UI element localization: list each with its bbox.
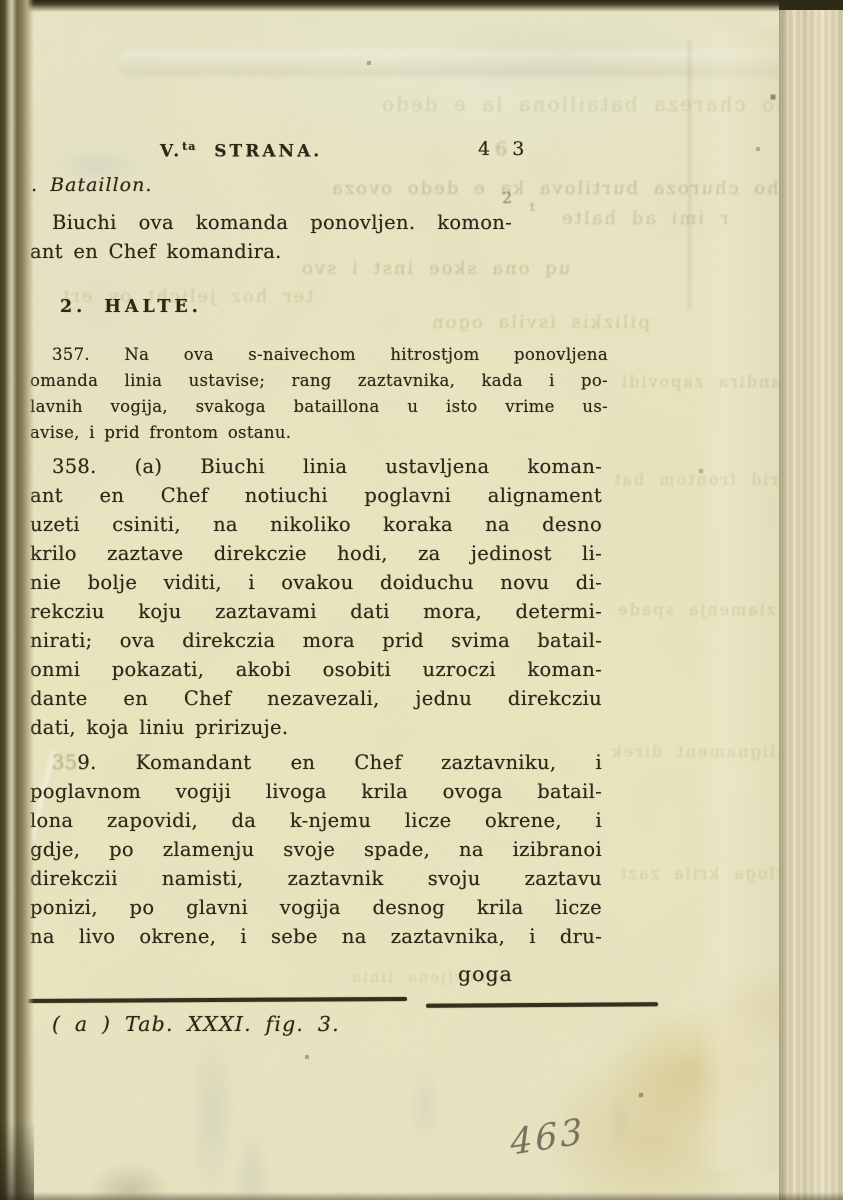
text-line: ponizi, po glavni vogija desnog krila li…: [30, 893, 602, 922]
emboss-line: [688, 40, 691, 310]
text-line: rekcziu koju zaztavami dati mora, determ…: [30, 597, 602, 626]
text-line: omanda linia ustavise; rang zaztavnika, …: [30, 368, 608, 394]
page-fore-edge: [779, 0, 843, 1200]
printed-page-number: 463: [478, 138, 529, 160]
faded-number: 35: [52, 751, 77, 774]
running-header-superscript: ta: [182, 140, 196, 153]
scan-top-edge: [0, 0, 843, 12]
text-line: Biuchi ova komanda ponovljen. komon-: [30, 208, 512, 237]
bleedthrough-text: vecho churoza burtilova ka e dedo ovoza: [330, 178, 816, 199]
ink-remnant: 2: [502, 188, 512, 207]
text-line: lavnih vogija, svakoga bataillona u isto…: [30, 394, 608, 420]
intro-paragraph: Biuchi ova komanda ponovljen. komon- ant…: [30, 208, 512, 266]
ink-remnant: t: [530, 200, 535, 214]
text-line: poglavnom vogiji livoga krila ovoga bata…: [30, 777, 602, 806]
text-line: nie bolje viditi, i ovakou doiduchu novu…: [30, 568, 602, 597]
paragraph-359: 359. Komandant en Chef zaztavniku, i pog…: [30, 748, 602, 951]
text-line: lona zapovidi, da k-njemu licze okrene, …: [30, 806, 602, 835]
book-gutter-edge: [0, 0, 34, 1200]
text-line: 359. Komandant en Chef zaztavniku, i: [30, 748, 602, 777]
paragraph-number: 9.: [77, 751, 96, 774]
book-page-scan: vecho chareza bataillona la e dedo vecho…: [0, 0, 843, 1200]
text-line: dati, koja liniu pririzuje.: [30, 713, 602, 742]
paragraph-358: 358. (a) Biuchi linia ustavljena koman- …: [30, 452, 602, 742]
bleedthrough-text: alignament direk: [610, 742, 787, 761]
running-header: V.ta STRANA.: [160, 140, 322, 162]
bleedthrough-text: pilizkis isvila ogon: [430, 312, 650, 333]
scan-bottom-edge: [0, 1192, 843, 1200]
text-line: na livo okrene, i sebe na zaztavnika, i …: [30, 922, 602, 951]
halte-heading: 2. HALTE.: [60, 297, 202, 317]
text-line: gdje, po zlamenju svoje spade, na izibra…: [30, 835, 602, 864]
bleedthrough-text: r imi ad halte: [560, 208, 729, 229]
page-number-digit-faded: 6: [495, 138, 512, 160]
footnote: ( a ) Tab. XXXI. fig. 3.: [52, 1012, 340, 1036]
bleedthrough-text: vecho chareza bataillona la e dedo: [380, 92, 829, 116]
running-header-title: STRANA.: [214, 142, 322, 162]
page-number-digit: 4: [478, 138, 495, 160]
text-line: 357. Na ova s-naivechom hitrostjom ponov…: [30, 342, 608, 368]
text-line: onmi pokazati, akobi osobiti uzroczi kom…: [30, 655, 602, 684]
page-number-digit: 3: [512, 138, 529, 160]
text-fragment: Komandant en Chef zaztavniku, i: [136, 751, 602, 774]
text-line: krilo zaztave direkczie hodi, za jedinos…: [30, 539, 602, 568]
paragraph-357: 357. Na ova s-naivechom hitrostjom ponov…: [30, 342, 608, 446]
catchword: goga: [458, 962, 513, 986]
text-line: ant en Chef notiuchi poglavni alignament: [30, 481, 602, 510]
text-line: dante en Chef nezavezali, jednu direkczi…: [30, 684, 602, 713]
text-line: 358. (a) Biuchi linia ustavljena koman-: [30, 452, 602, 481]
bleedthrough-text: ivloga krila zazt: [618, 864, 793, 883]
text-line: direkczii namisti, zaztavnik svoju zazta…: [30, 864, 602, 893]
running-header-volume: V.: [160, 142, 182, 162]
text-line: nirati; ova direkczia mora prid svima ba…: [30, 626, 602, 655]
bleedthrough-text: prid frontom bat: [612, 470, 790, 489]
battalion-subtitle: 1. Bataillon.: [18, 174, 152, 196]
text-line: avise, i prid frontom ostanu.: [30, 420, 608, 446]
text-line: uzeti csiniti, na nikoliko koraka na des…: [30, 510, 602, 539]
text-line: ant en Chef komandira.: [30, 237, 512, 266]
